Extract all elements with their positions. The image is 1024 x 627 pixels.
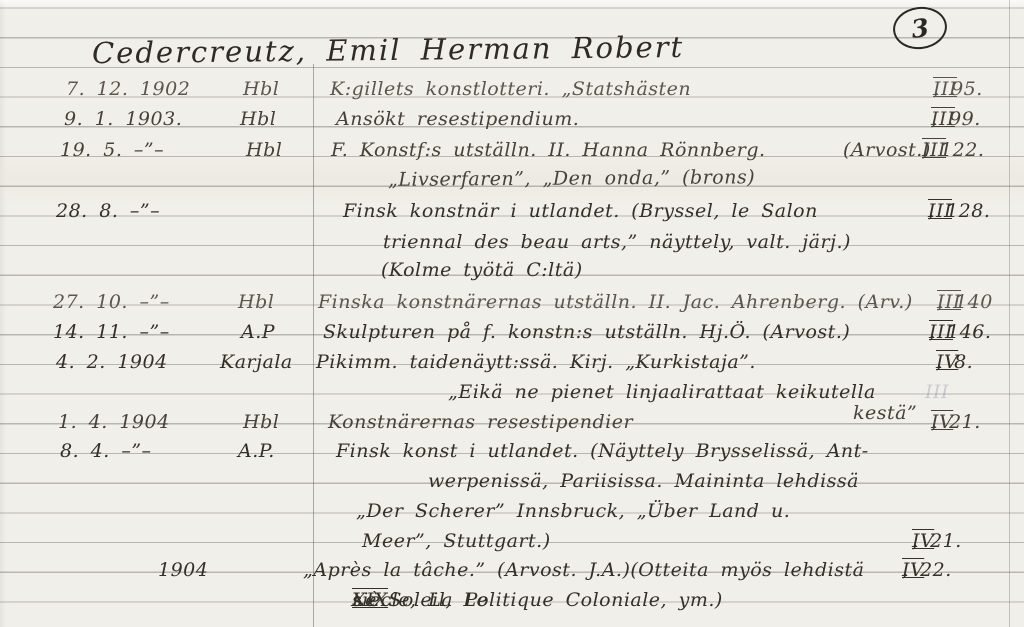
- entry-text: K:gillets konstlotteri. „Statshästen: [330, 78, 691, 100]
- entry-text: „Der Scherer” Innsbruck, „Über Land u.: [356, 500, 790, 522]
- reference-page: , 128.: [928, 200, 990, 222]
- entry-text: „Livserfaren”, „Den onda,” (brons): [388, 166, 755, 191]
- entry-line: 9. 1. 1903. Hbl Ansökt resestipendium. I…: [0, 108, 1024, 138]
- entry-text: Finsk konstnär i utlandet. (Bryssel, le …: [343, 200, 818, 222]
- entry-source: Hbl: [243, 78, 279, 100]
- entry-source: A.P.: [238, 440, 275, 462]
- entry-source: Hbl: [238, 291, 274, 313]
- entry-date: 14. 11. –”–: [53, 321, 170, 343]
- reference-page: , 8.: [936, 351, 973, 373]
- entry-continuation-line: Le Soleil, Le XIX siècle, La Politique C…: [0, 589, 1024, 619]
- entry-line: 28. 8. –”– Finsk konstnär i utlandet. (B…: [0, 200, 1024, 230]
- erased-mark: III: [925, 381, 949, 403]
- entry-line: 1904 „Après la tâche.” (Arvost. J.A.)(Ot…: [0, 559, 1024, 589]
- entry-date: 28. 8. –”–: [56, 200, 160, 222]
- reference-page: , 21.: [931, 411, 981, 433]
- entry-text: (Kolme työtä C:ltä): [381, 259, 583, 281]
- entry-text: Finska konstnärernas utställn. II. Jac. …: [318, 291, 913, 313]
- entry-text: Finsk konst i utlandet. (Näyttely Brysse…: [336, 440, 869, 462]
- entry-text-post: siècle, La Politique Coloniale, ym.): [352, 589, 723, 611]
- entry-quote-end: kestä”: [853, 402, 917, 424]
- entry-date: 9. 1. 1903.: [64, 108, 182, 130]
- entry-text: „Eikä ne pienet linjaalirattaat keikutel…: [448, 381, 876, 403]
- entry-text: Meer”, Stuttgart.): [362, 530, 551, 552]
- entry-text: Konstnärernas resestipendier: [328, 411, 633, 433]
- entry-text: Ansökt resestipendium.: [336, 108, 579, 130]
- entry-date: 7. 12. 1902: [66, 78, 190, 100]
- entry-line: 7. 12. 1902 Hbl K:gillets konstlotteri. …: [0, 78, 1024, 108]
- entry-date: 8. 4. –”–: [60, 440, 152, 462]
- reference-page: , 140: [937, 291, 993, 313]
- entry-line: 27. 10. –”– Hbl Finska konstnärernas uts…: [0, 291, 1024, 321]
- entry-source: Karjala: [220, 351, 293, 373]
- entry-date: 19. 5. –”–: [60, 139, 164, 161]
- entry-text: „Après la tâche.” (Arvost. J.A.)(Otteita…: [303, 559, 864, 581]
- entry-text: Skulpturen på f. konstn:s utställn. Hj.Ö…: [323, 321, 850, 343]
- entry-date: 1. 4. 1904: [58, 411, 170, 433]
- entry-continuation-line: triennal des beau arts,” näyttely, valt.…: [0, 231, 1024, 261]
- entry-source: A.P: [241, 321, 275, 343]
- entry-text: F. Konstf:s utställn. II. Hanna Rönnberg…: [331, 139, 766, 161]
- entry-line: 4. 2. 1904 Karjala Pikimm. taidenäytt:ss…: [0, 351, 1024, 381]
- entry-note: (Arvost.): [843, 139, 931, 161]
- reference-page: , 122.: [922, 139, 984, 161]
- entry-continuation-line: werpenissä, Pariisissa. Maininta lehdiss…: [0, 470, 1024, 500]
- entry-continuation-line: „Livserfaren”, „Den onda,” (brons): [0, 164, 1024, 201]
- entry-text: Pikimm. taidenäytt:ssä. Kirj. „Kurkistaj…: [316, 351, 756, 373]
- reference-page: , 146.: [929, 321, 991, 343]
- entry-source: Hbl: [243, 411, 279, 433]
- entry-line: 1. 4. 1904 Hbl Konstnärernas resestipend…: [0, 411, 1024, 441]
- reference-page: , 95.: [933, 78, 983, 100]
- page-number-circle: 3: [891, 4, 950, 52]
- reference-page: , 99.: [931, 108, 981, 130]
- entry-continuation-line: „Der Scherer” Innsbruck, „Über Land u.: [0, 500, 1024, 530]
- entry-text: triennal des beau arts,” näyttely, valt.…: [383, 231, 851, 253]
- reference-page: , 22.: [902, 559, 952, 581]
- entry-source: Hbl: [240, 108, 276, 130]
- reference-page: , 21.: [912, 530, 962, 552]
- entry-date: 4. 2. 1904: [56, 351, 168, 373]
- entry-source: Hbl: [246, 139, 282, 161]
- entry-line: 8. 4. –”– A.P. Finsk konst i utlandet. (…: [0, 440, 1024, 470]
- card-title: Cedercreutz, Emil Herman Robert: [92, 30, 685, 70]
- entry-date: 1904: [158, 559, 208, 581]
- entry-continuation-line: Meer”, Stuttgart.) IV, 21.: [0, 530, 1024, 560]
- entry-continuation-line: (Kolme työtä C:ltä): [0, 259, 1024, 289]
- entry-date: 27. 10. –”–: [53, 291, 170, 313]
- entry-line: 14. 11. –”– A.P Skulpturen på f. konstn:…: [0, 321, 1024, 351]
- index-card-scan: 3 Cedercreutz, Emil Herman Robert 7. 12.…: [0, 0, 1024, 627]
- page-number: 3: [910, 13, 931, 44]
- entry-text: werpenissä, Pariisissa. Maininta lehdiss…: [428, 470, 859, 492]
